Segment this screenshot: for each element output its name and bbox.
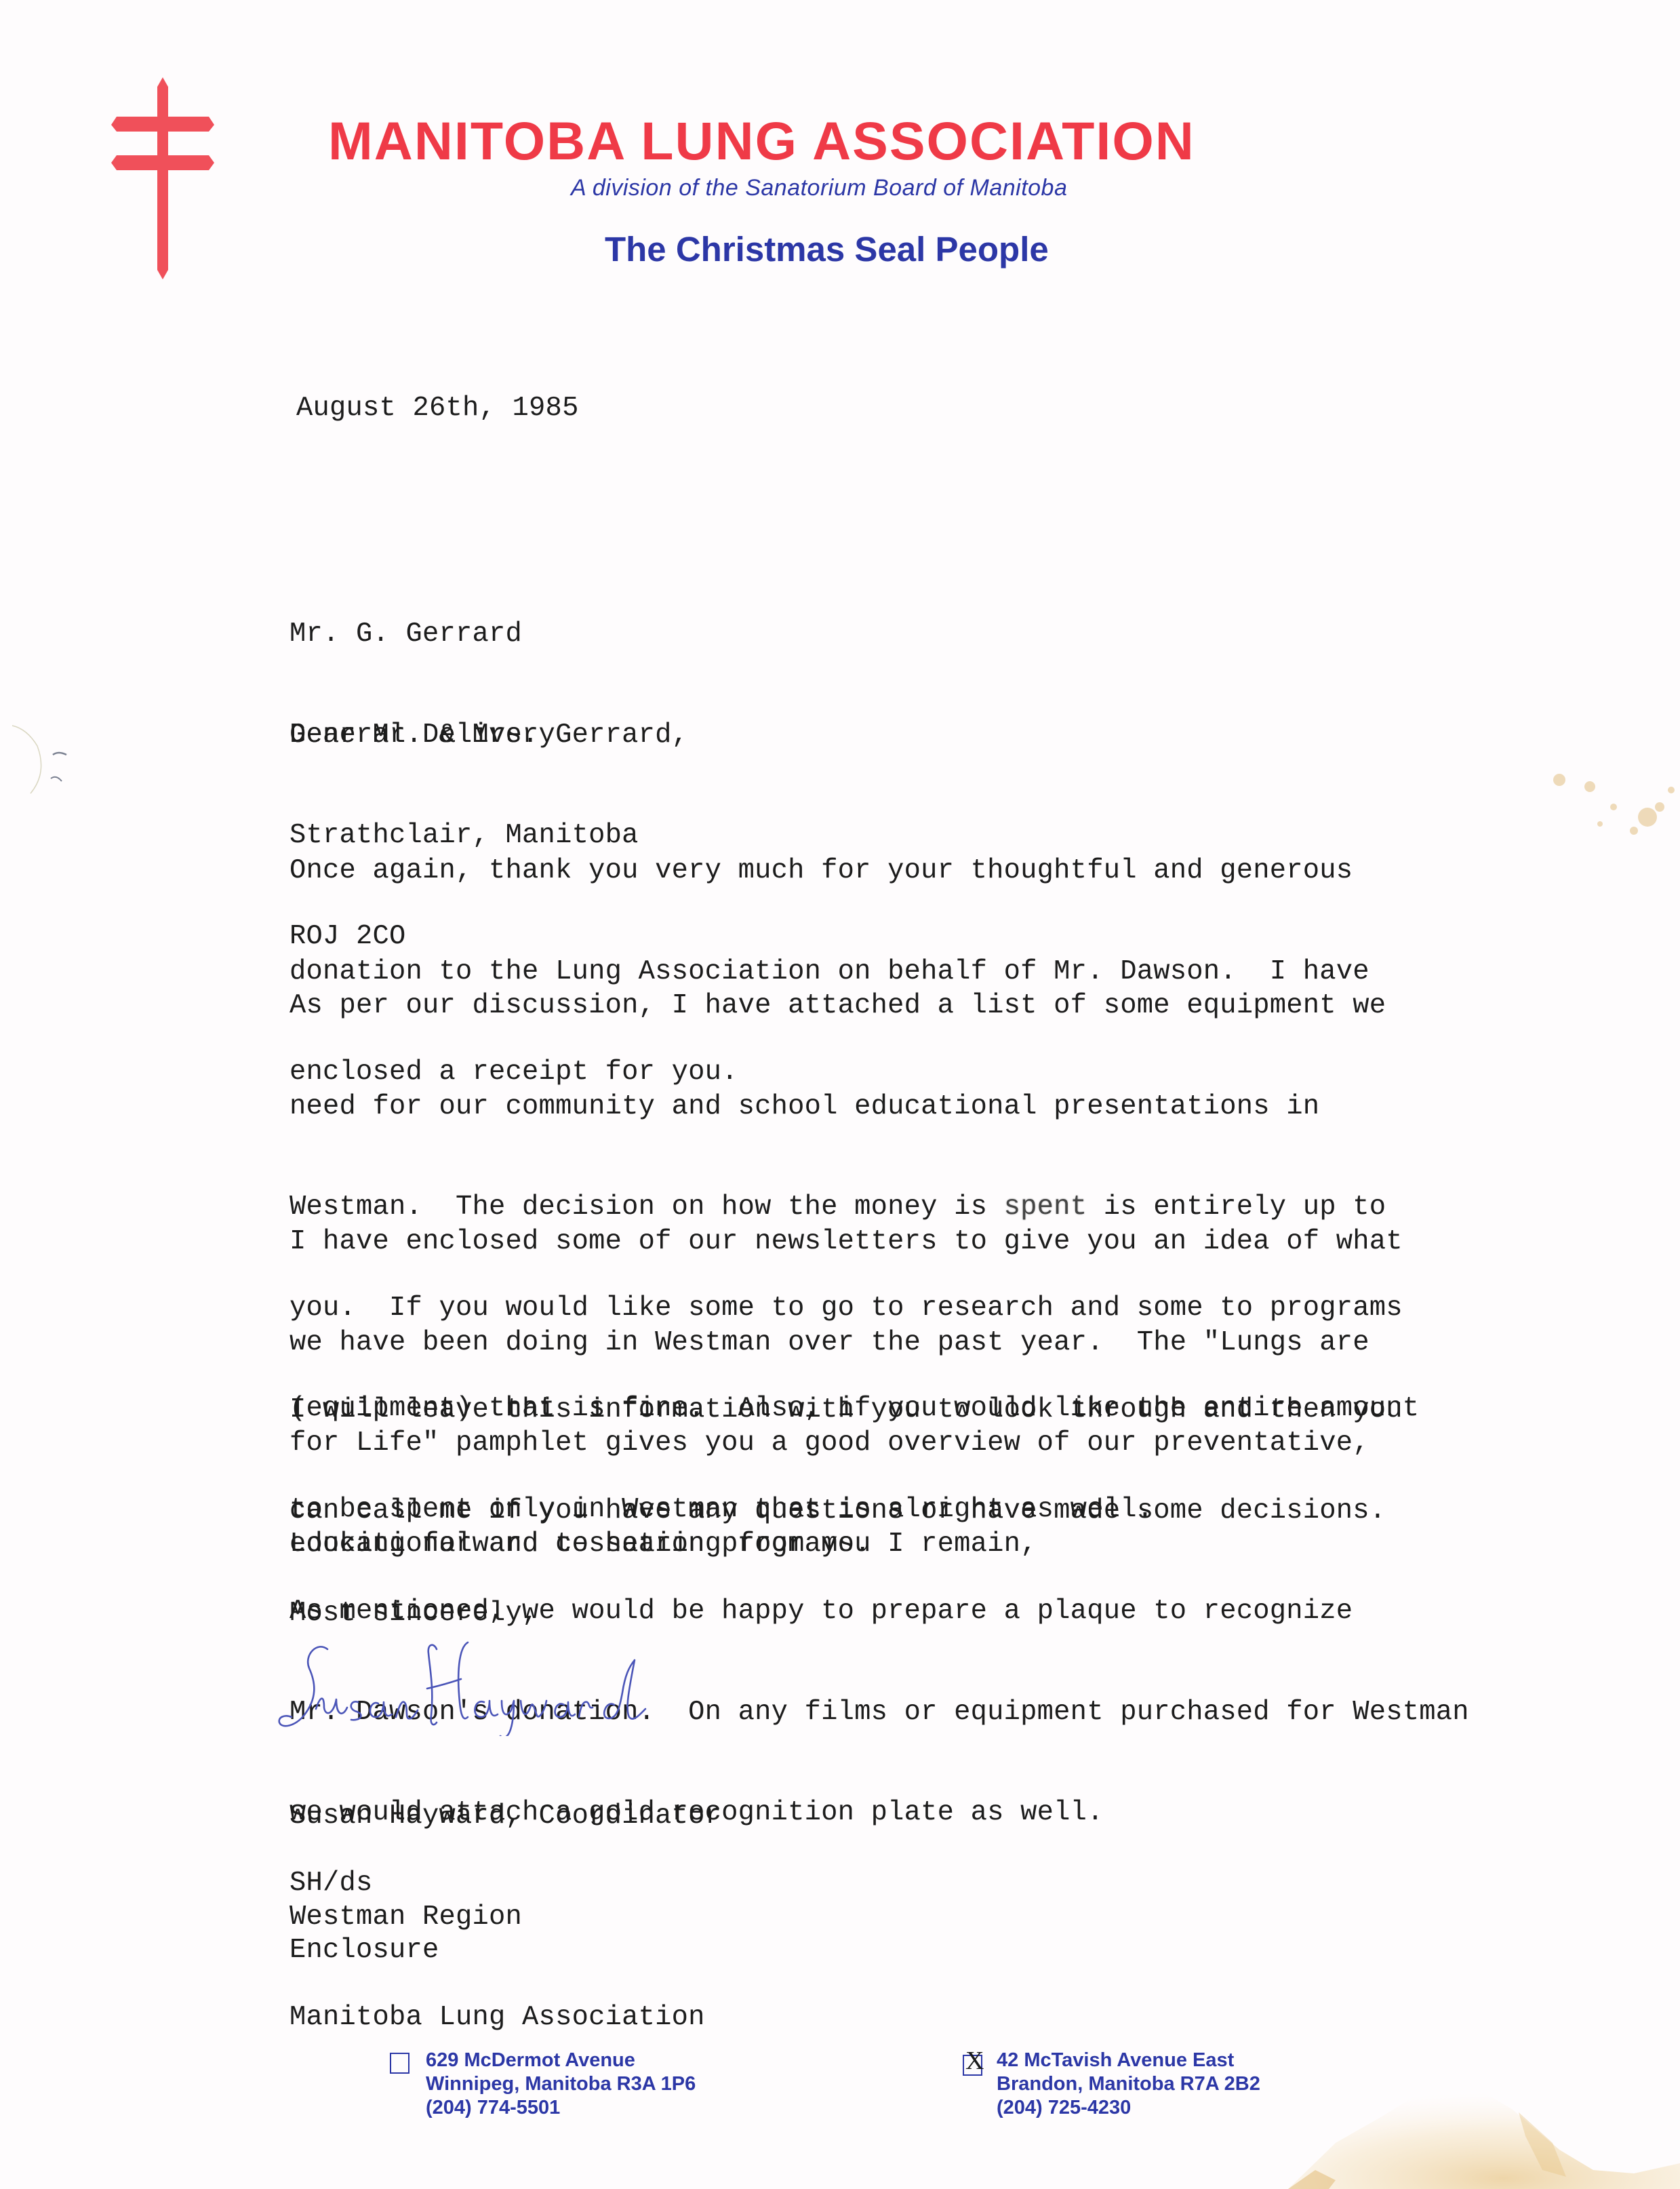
handwritten-signature: Susan Hayward (277, 1634, 805, 1736)
office-address-brandon: 42 McTavish Avenue East Brandon, Manitob… (997, 2049, 1260, 2120)
organization-name: MANITOBA LUNG ASSOCIATION (328, 114, 1359, 167)
double-barred-cross-icon (107, 77, 218, 279)
checkbox-x-mark: X (965, 2048, 980, 2074)
office-phone: (204) 774-5501 (426, 2096, 696, 2120)
office-city: Winnipeg, Manitoba R3A 1P6 (426, 2072, 696, 2096)
office-street: 42 McTavish Avenue East (997, 2049, 1260, 2072)
office-phone: (204) 725-4230 (997, 2096, 1260, 2120)
office-city: Brandon, Manitoba R7A 2B2 (997, 2072, 1260, 2096)
office-checkbox-brandon: X (963, 2055, 982, 2076)
signature-block: Susan Hayward, Coordinator Westman Regio… (289, 1733, 721, 2102)
paragraph-line: can call me if you have any questions or… (289, 1495, 1469, 1529)
stain-right-margin (1539, 766, 1675, 875)
water-stain-bottom-right (1275, 2034, 1680, 2189)
office-checkbox-winnipeg (390, 2053, 409, 2074)
office-address-winnipeg: 629 McDermot Avenue Winnipeg, Manitoba R… (426, 2049, 696, 2120)
letter-page: MANITOBA LUNG ASSOCIATION A division of … (0, 0, 1680, 2189)
recipient-name: Mr. G. Gerrard (289, 618, 639, 652)
paper-crease-mark-left (0, 719, 75, 800)
organization-tagline: The Christmas Seal People (605, 229, 1049, 269)
enclosure-notation: Enclosure (289, 1934, 439, 1968)
signer-region: Westman Region (289, 1901, 721, 1935)
signer-name-title: Susan Hayward, Coordinator (289, 1800, 721, 1834)
salutation: Dear Mr. & Mrs. Gerrard, (289, 719, 688, 753)
paragraph-line: As per our discussion, I have attached a… (289, 989, 1419, 1023)
paragraph-line: Once again, thank you very much for your… (289, 854, 1369, 888)
reference-initials: SH/ds (289, 1867, 373, 1901)
paragraph-line: I will leave this information with you t… (289, 1394, 1469, 1427)
organization-subtitle: A division of the Sanatorium Board of Ma… (571, 175, 1067, 201)
letter-date: August 26th, 1985 (296, 392, 579, 426)
closing-line: Looking forward to hearing from you I re… (289, 1528, 1037, 1562)
paragraph-line: need for our community and school educat… (289, 1090, 1419, 1124)
paragraph-line: I have enclosed some of our newsletters … (289, 1225, 1403, 1259)
office-street: 629 McDermot Avenue (426, 2049, 696, 2072)
signer-organization: Manitoba Lung Association (289, 2001, 721, 2035)
valediction: Most sincerely, (289, 1597, 539, 1631)
